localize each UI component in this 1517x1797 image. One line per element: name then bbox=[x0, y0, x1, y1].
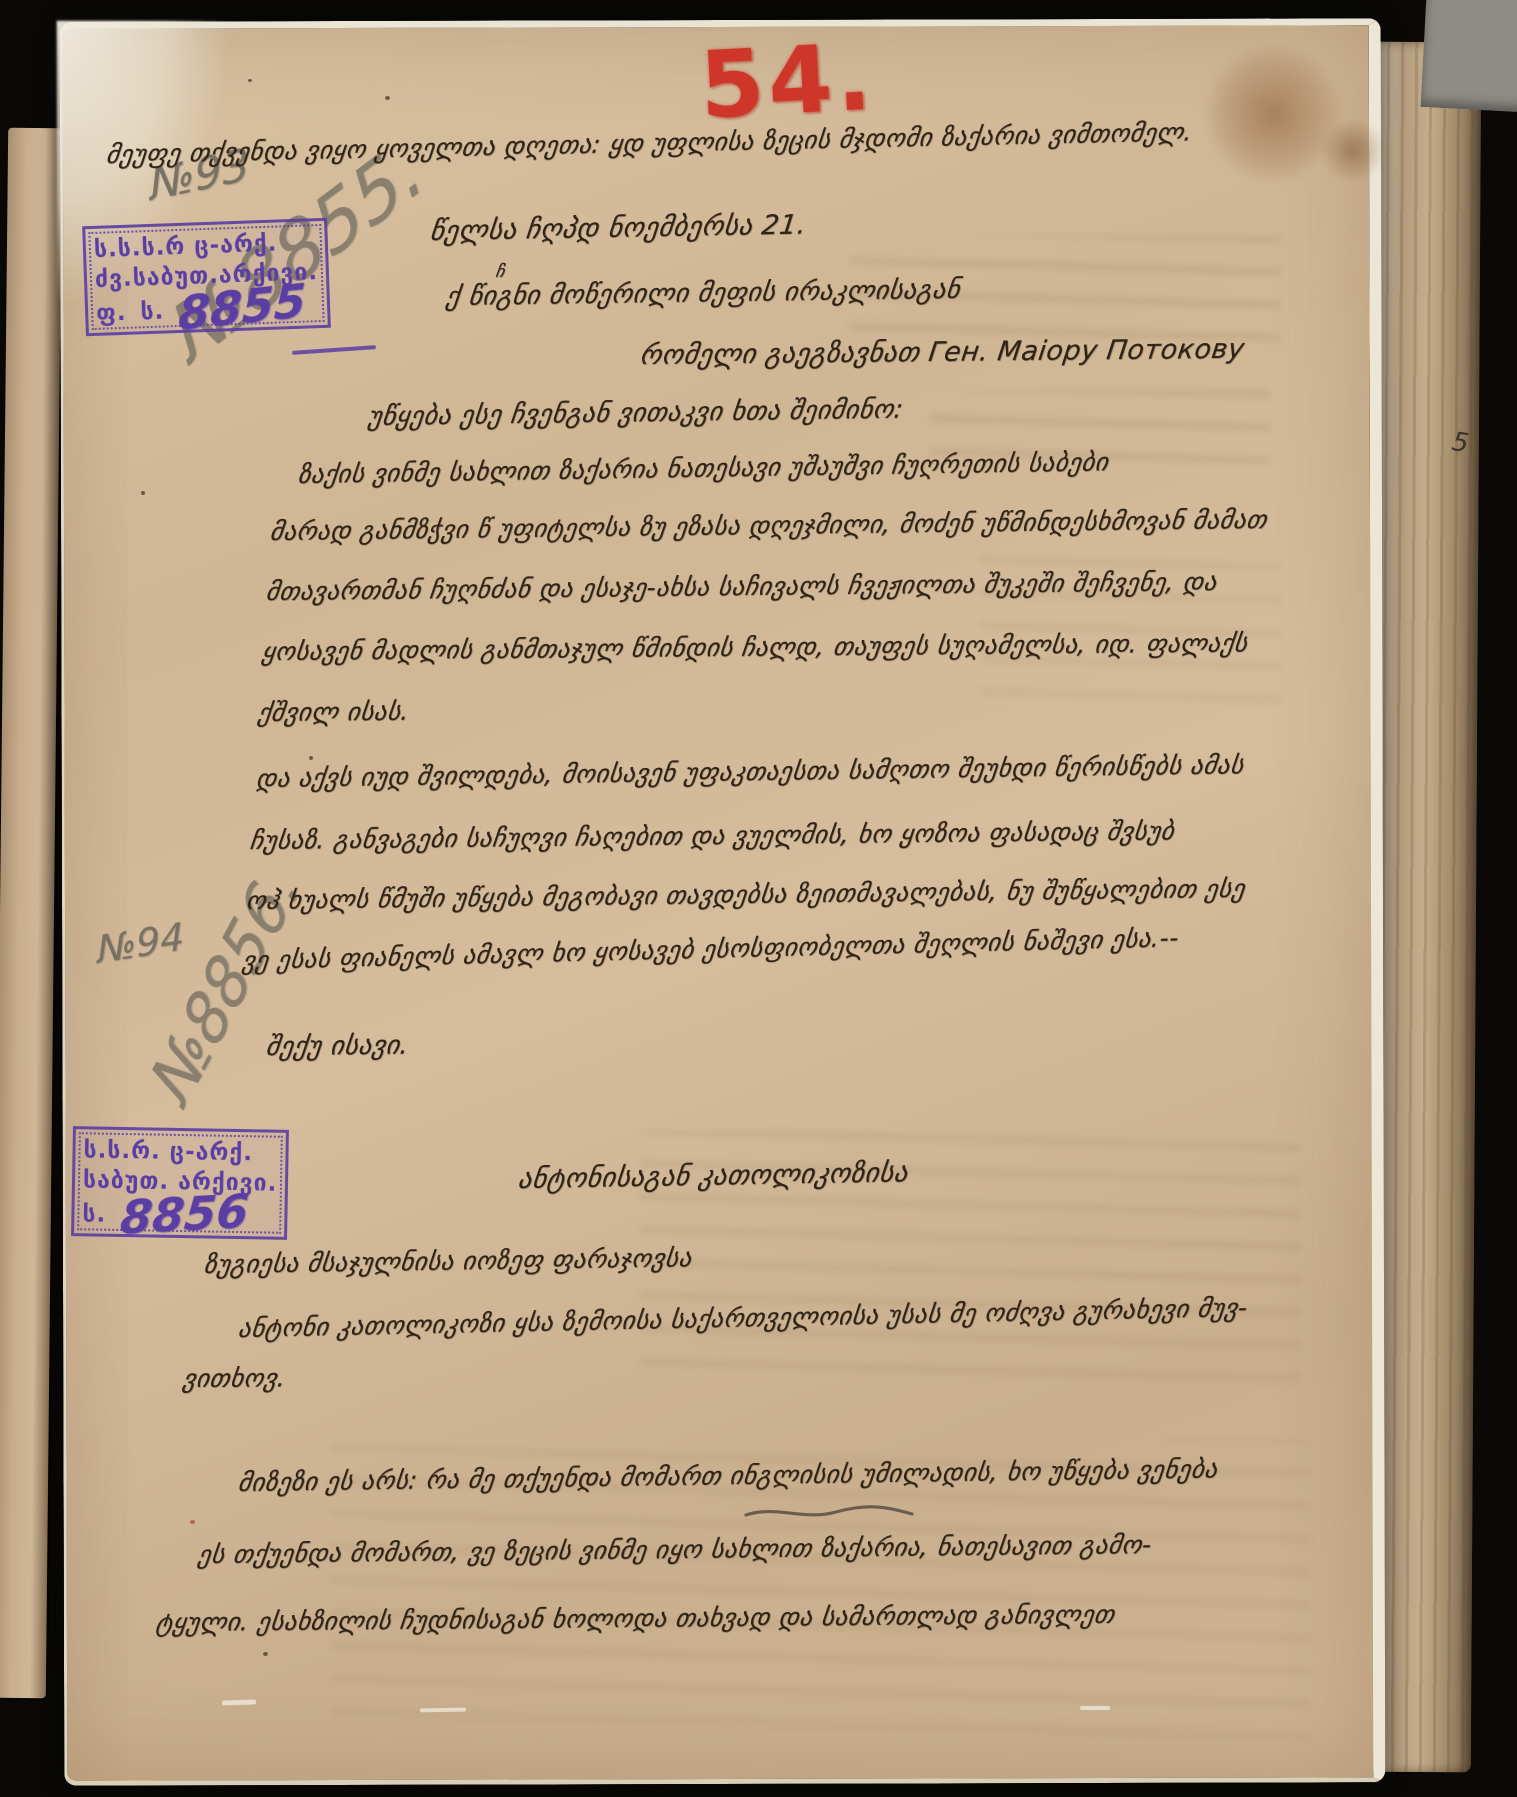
manuscript-line: ქშვილ ისას. bbox=[256, 697, 411, 727]
stamp-line: ფ. bbox=[96, 298, 127, 329]
archive-stamp-top: ს.ს.ს.რ ც-არქ. ძვ.საბუთ.არქივი. ფ. ს. 88… bbox=[82, 218, 331, 336]
scanned-manuscript-page: 54. №93 №8855. №94 №8856. ს.ს.ს.რ ც-არქ.… bbox=[0, 0, 1517, 1797]
pencil-underline bbox=[742, 1502, 917, 1524]
paper-speck bbox=[263, 1652, 268, 1656]
stamp-line: ს.ს.რ. ც-არქ. bbox=[83, 1135, 278, 1168]
scuff-mark bbox=[420, 1708, 466, 1713]
stamp-line: ს. bbox=[82, 1199, 106, 1229]
folio-number: 54. bbox=[697, 23, 877, 139]
manuscript-line: რომელი გაეგზავნათ Ген. Маіору Потокову bbox=[638, 334, 1247, 371]
scuff-mark bbox=[1080, 1706, 1110, 1710]
paper-speck bbox=[309, 756, 313, 760]
manuscript-line: ვითხოვ. bbox=[181, 1363, 288, 1393]
manuscript-line: წელსა ჩღპდ ნოემბერსა 21. bbox=[428, 209, 808, 247]
paper-speck bbox=[141, 491, 145, 495]
paper-speck bbox=[385, 96, 390, 100]
paper-speck bbox=[248, 79, 252, 82]
red-speck bbox=[190, 1520, 195, 1524]
manuscript-line: შექუ ისავი. bbox=[264, 1031, 411, 1063]
stamp-line: ს. bbox=[140, 297, 165, 328]
book-board-edge bbox=[1421, 0, 1517, 113]
stamp-number: 8856 bbox=[119, 1194, 250, 1235]
previous-page-edge bbox=[0, 128, 62, 1698]
ink-stain bbox=[1318, 120, 1388, 180]
stamp-number: 8855 bbox=[178, 283, 307, 331]
archive-stamp-bottom: ს.ს.რ. ც-არქ. საბუთ. არქივი. ს. 8856 bbox=[71, 1126, 289, 1240]
